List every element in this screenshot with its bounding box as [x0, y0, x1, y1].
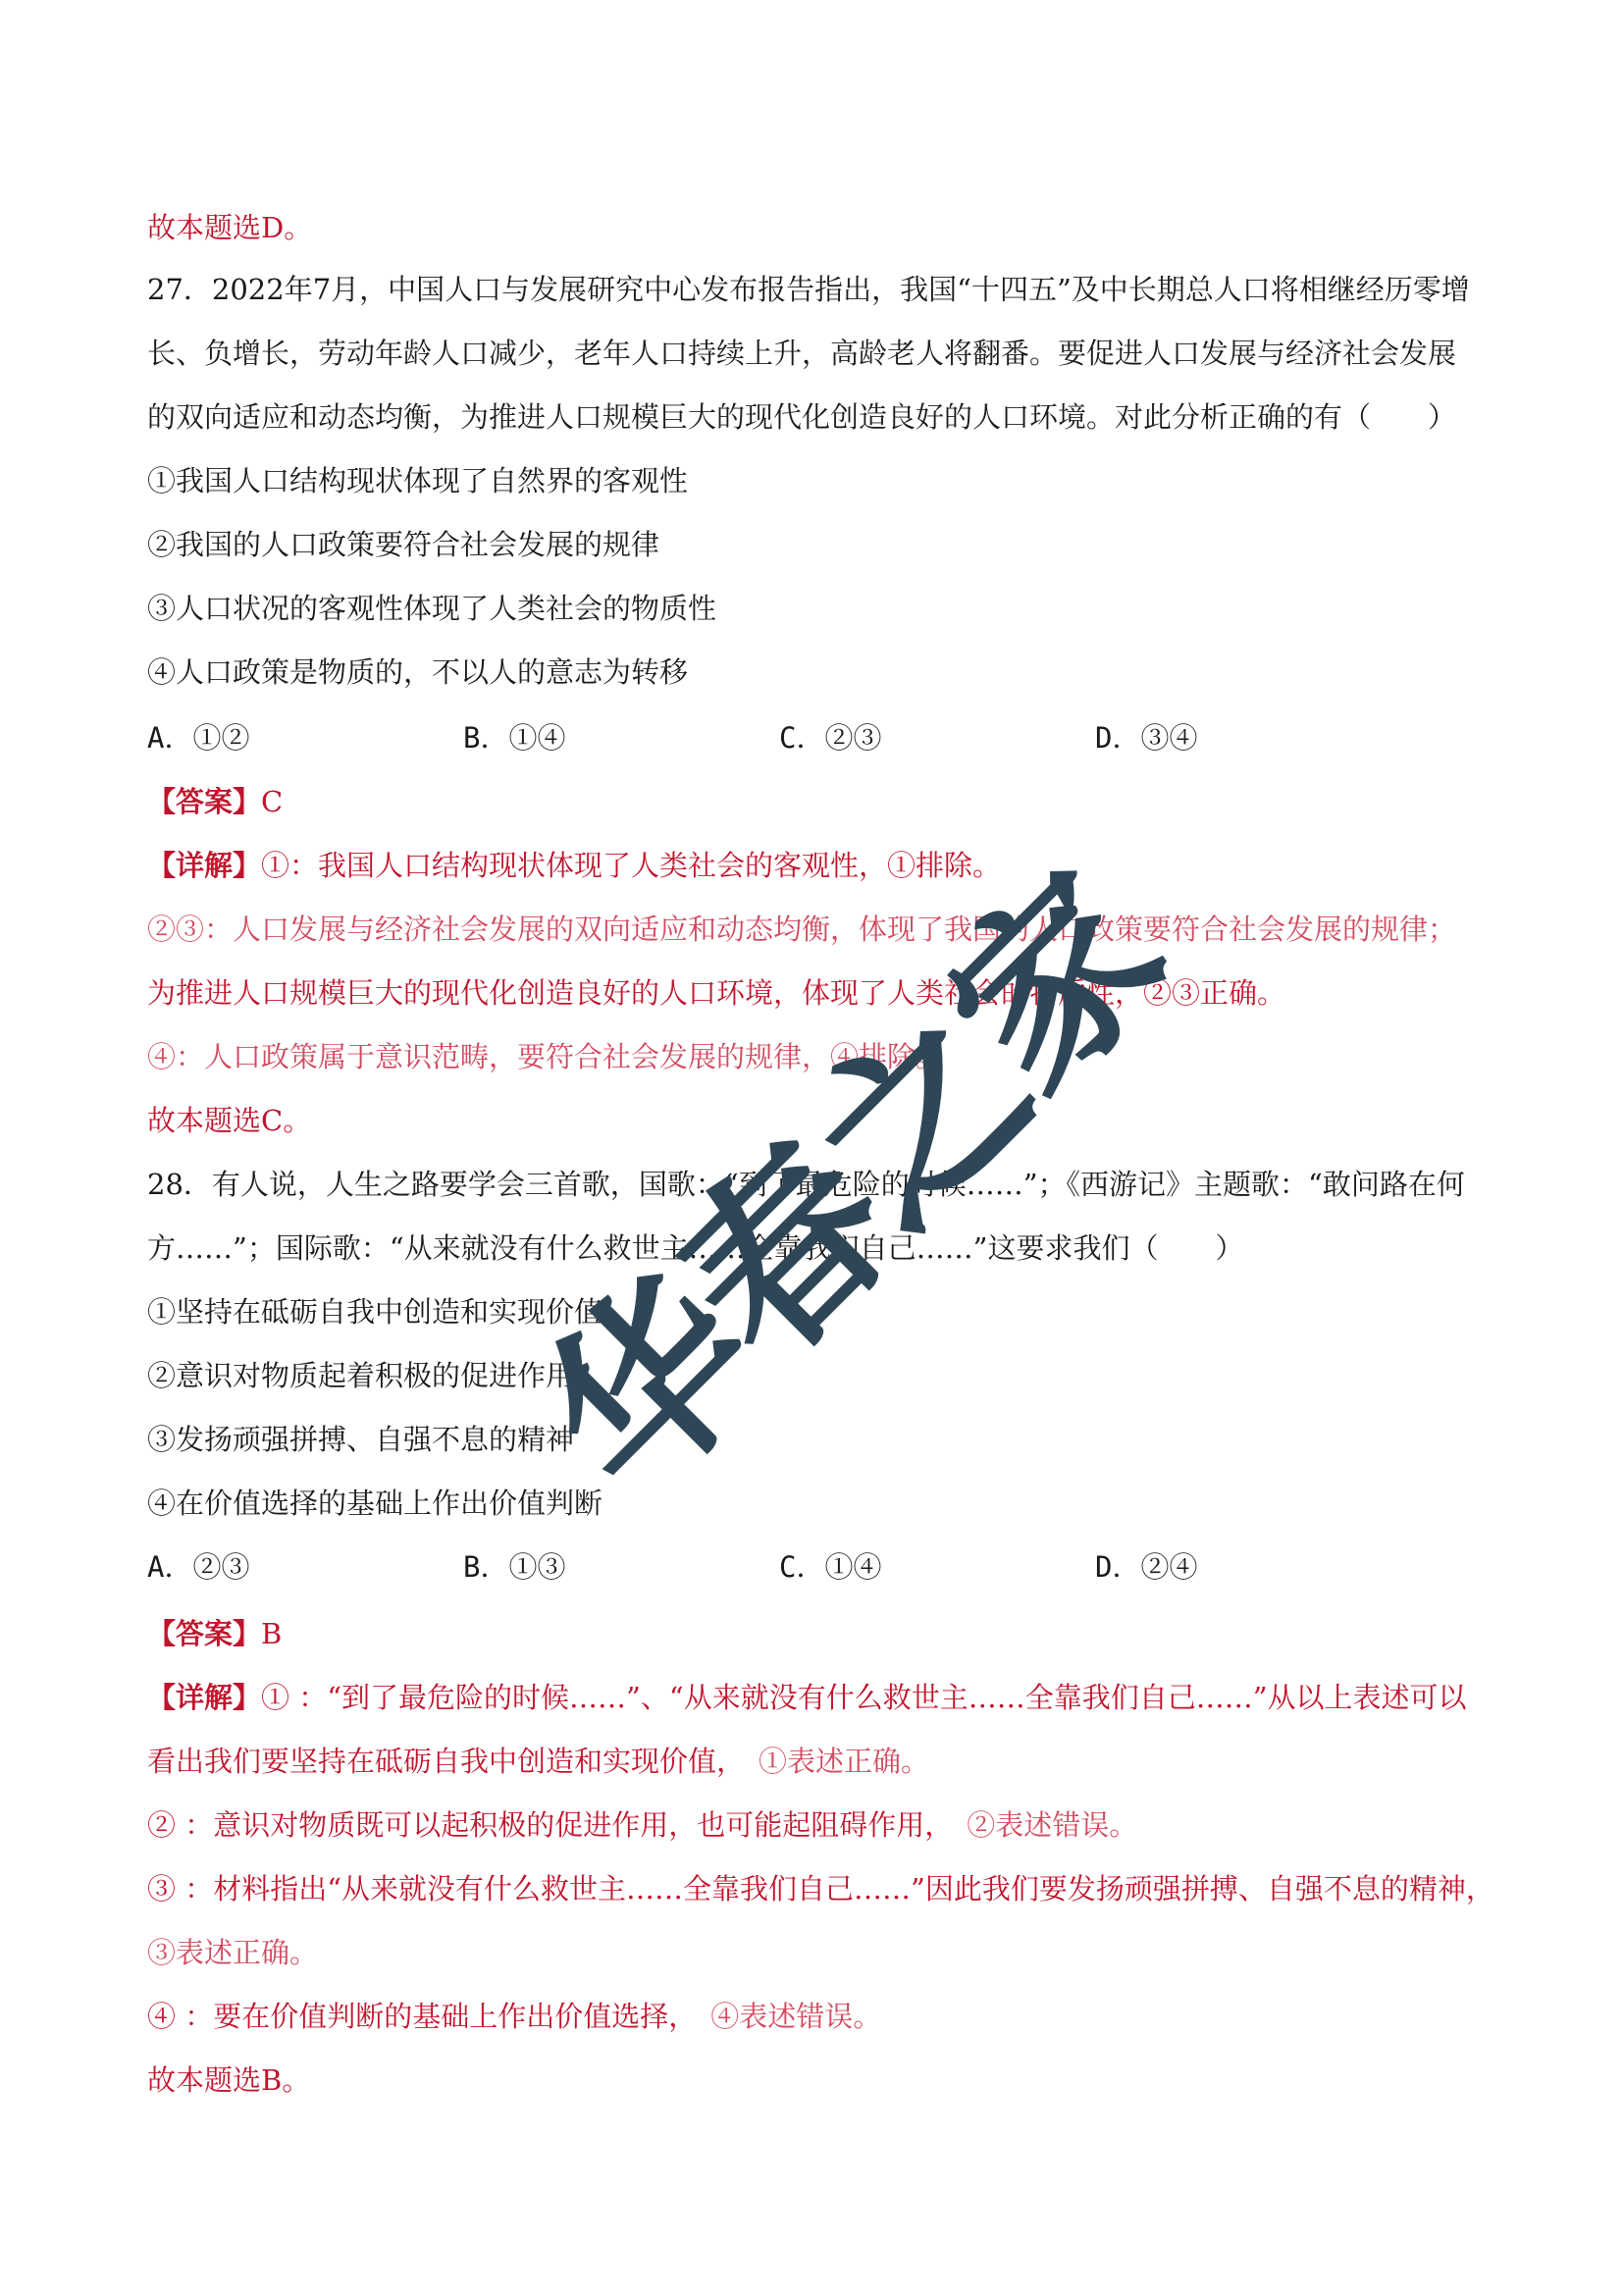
- analysis-verdict: ④表述错误。: [710, 2000, 881, 2033]
- q28-stem-line-2: 方……”；国际歌：“从来就没有什么救世主……全靠我们自己……”这要求我们（ ）: [147, 1228, 1243, 1268]
- q28-option-c: C．①④: [779, 1547, 881, 1587]
- q28-analysis-line-1: 【详解】① ：“到了最危险的时候……”、“从来就没有什么救世主……全靠我们自己……: [147, 1678, 1467, 1717]
- q28-option-b: B．①③: [463, 1547, 565, 1587]
- answer-value: C: [261, 785, 283, 818]
- q27-option-a: A．①②: [147, 718, 249, 757]
- q28-option-a: A．②③: [147, 1547, 249, 1587]
- q28-option-d: D．②④: [1095, 1547, 1197, 1587]
- q27-conclusion: 故本题选C。: [147, 1101, 311, 1140]
- document-page: 故本题选D。 27．2022年7月，中国人口与发展研究中心发布报告指出，我国“十…: [0, 0, 1623, 2296]
- q27-analysis-line-1: 【详解】①：我国人口结构现状体现了人类社会的客观性，①排除。: [147, 846, 1001, 885]
- analysis-verdict: ②表述错误。: [967, 1808, 1137, 1842]
- q28-analysis-line-4: ③ ：材料指出“从来就没有什么救世主……全靠我们自己……”因此我们要发扬顽强拼搏…: [147, 1869, 1494, 1908]
- analysis-text: 看出我们要坚持在砥砺自我中创造和实现价值，: [147, 1745, 745, 1778]
- q27-analysis-line-2: ②③：人口发展与经济社会发展的双向适应和动态均衡，体现了我国的人口政策要符合社会…: [147, 910, 1456, 949]
- q27-answer: 【答案】C: [147, 782, 283, 821]
- analysis-label: 【详解】: [147, 849, 261, 882]
- q27-statement-3: ③人口状况的客观性体现了人类社会的物质性: [147, 589, 716, 628]
- q27-stem-line-1: 27．2022年7月，中国人口与发展研究中心发布报告指出，我国“十四五”及中长期…: [147, 270, 1470, 309]
- q28-statement-1: ①坚持在砥砺自我中创造和实现价值: [147, 1292, 602, 1331]
- q28-stem-line-1: 28．有人说，人生之路要学会三首歌，国歌：“到了最危险的时候……”；《西游记》主…: [147, 1165, 1465, 1204]
- q28-analysis-line-6: ④ ：要在价值判断的基础上作出价值选择，④表述错误。: [147, 1997, 881, 2036]
- q28-analysis-line-3: ② ：意识对物质既可以起积极的促进作用，也可能起阻碍作用，②表述错误。: [147, 1805, 1137, 1845]
- q27-option-b: B．①④: [463, 718, 565, 757]
- q28-options: A．②③ B．①③ C．①④ D．②④: [147, 1547, 1521, 1587]
- analysis-verdict: ①表述正确。: [759, 1745, 929, 1778]
- answer-value: B: [261, 1617, 282, 1650]
- q27-stem-line-3: 的双向适应和动态均衡，为推进人口规模巨大的现代化创造良好的人口环境。对此分析正确…: [147, 397, 1456, 437]
- q28-conclusion: 故本题选B。: [147, 2061, 310, 2100]
- q28-answer: 【答案】B: [147, 1614, 282, 1653]
- q28-statement-2: ②意识对物质起着积极的促进作用: [147, 1356, 574, 1395]
- analysis-text: ② ：意识对物质既可以起积极的促进作用，也可能起阻碍作用，: [147, 1808, 953, 1842]
- q28-analysis-line-2: 看出我们要坚持在砥砺自我中创造和实现价值，①表述正确。: [147, 1742, 929, 1781]
- q27-stem-line-2: 长、负增长，劳动年龄人口减少，老年人口持续上升，高龄老人将翻番。要促进人口发展与…: [147, 334, 1456, 373]
- answer-label: 【答案】: [147, 1617, 261, 1650]
- previous-conclusion: 故本题选D。: [147, 208, 312, 247]
- q27-statement-4: ④人口政策是物质的，不以人的意志为转移: [147, 652, 688, 692]
- q27-analysis-line-4: ④：人口政策属于意识范畴，要符合社会发展的规律，④排除。: [147, 1037, 944, 1076]
- q27-statement-2: ②我国的人口政策要符合社会发展的规律: [147, 525, 659, 564]
- analysis-label: 【详解】: [147, 1681, 261, 1714]
- q27-analysis-line-3: 为推进人口规模巨大的现代化创造良好的人口环境，体现了人类社会的物质性，②③正确。: [147, 973, 1285, 1013]
- q27-option-d: D．③④: [1095, 718, 1197, 757]
- analysis-text: ① ：“到了最危险的时候……”、“从来就没有什么救世主……全靠我们自己……”从以…: [261, 1681, 1467, 1714]
- q27-statement-1: ①我国人口结构现状体现了自然界的客观性: [147, 461, 688, 500]
- q28-statement-3: ③发扬顽强拼搏、自强不息的精神: [147, 1420, 574, 1459]
- q28-statement-4: ④在价值选择的基础上作出价值判断: [147, 1484, 602, 1523]
- q28-analysis-line-5: ③表述正确。: [147, 1933, 318, 1972]
- q27-option-c: C．②③: [779, 718, 881, 757]
- analysis-text: ①：我国人口结构现状体现了人类社会的客观性，①排除。: [261, 849, 1001, 882]
- analysis-text: ④ ：要在价值判断的基础上作出价值选择，: [147, 2000, 697, 2033]
- answer-label: 【答案】: [147, 785, 261, 818]
- q27-options: A．①② B．①④ C．②③ D．③④: [147, 718, 1521, 757]
